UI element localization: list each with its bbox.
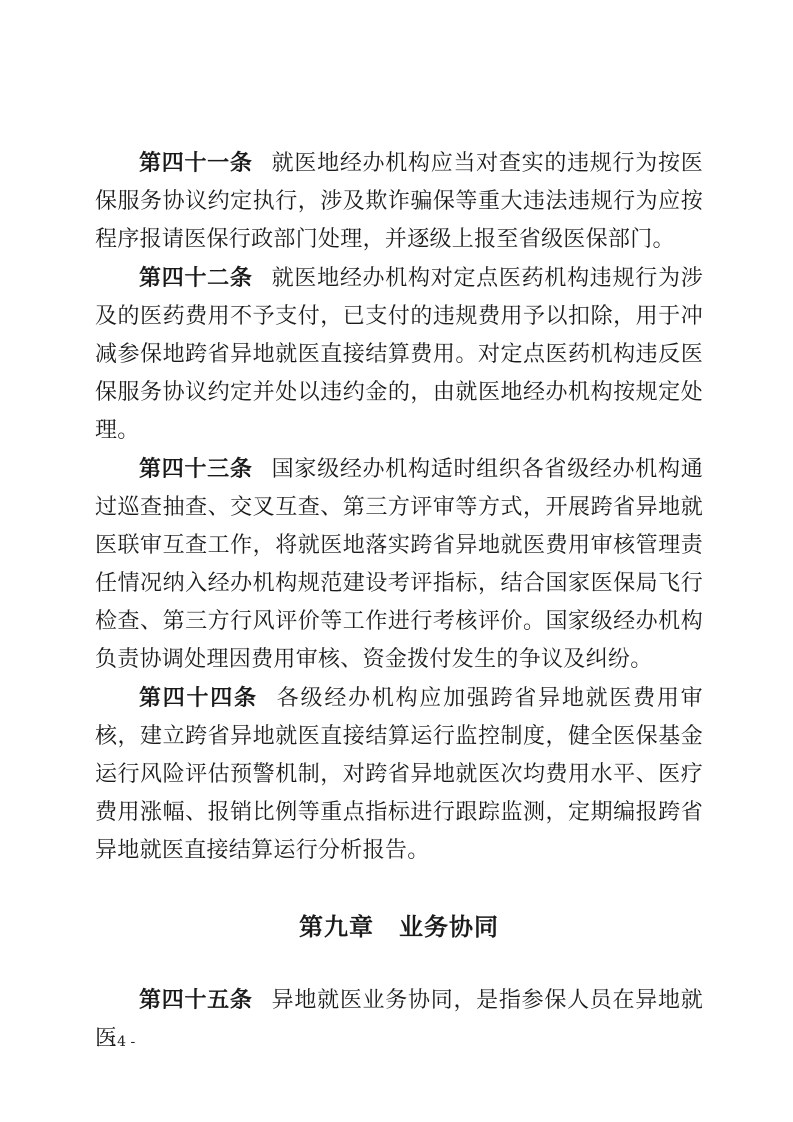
article-text: 就医地经办机构对定点医药机构违规行为涉及的医药费用不予支付，已支付的违规费用予以… (95, 266, 703, 443)
article-text: 国家级经办机构适时组织各省级经办机构通过巡查抽查、交叉互查、第三方评审等方式，开… (95, 457, 703, 672)
article-text: 各级经办机构应加强跨省异地就医费用审核，建立跨省异地就医直接结算运行监控制度，健… (95, 686, 703, 863)
article-number: 第四十五条 (139, 987, 253, 1013)
article-number: 第四十三条 (139, 456, 253, 482)
page-footer: - 14 - (99, 1033, 135, 1051)
document-body: 第四十一条就医地经办机构应当对查实的违规行为按医保服务协议约定执行，涉及欺诈骗保… (95, 144, 703, 1058)
article-paragraph: 第四十四条各级经办机构应加强跨省异地就医费用审核，建立跨省异地就医直接结算运行监… (95, 679, 703, 870)
article-paragraph: 第四十一条就医地经办机构应当对查实的违规行为按医保服务协议约定执行，涉及欺诈骗保… (95, 144, 703, 259)
article-paragraph: 第四十五条异地就医业务协同，是指参保人员在异地就医 (95, 981, 703, 1058)
article-number: 第四十二条 (139, 265, 253, 291)
article-number: 第四十四条 (139, 685, 258, 711)
page-number: - 14 - (99, 1034, 135, 1050)
article-paragraph: 第四十三条国家级经办机构适时组织各省级经办机构通过巡查抽查、交叉互查、第三方评审… (95, 450, 703, 679)
document-page: 第四十一条就医地经办机构应当对查实的违规行为按医保服务协议约定执行，涉及欺诈骗保… (0, 0, 793, 1122)
article-paragraph: 第四十二条就医地经办机构对定点医药机构违规行为涉及的医药费用不予支付，已支付的违… (95, 259, 703, 450)
chapter-heading: 第九章 业务协同 (95, 908, 703, 946)
article-number: 第四十一条 (139, 150, 253, 176)
